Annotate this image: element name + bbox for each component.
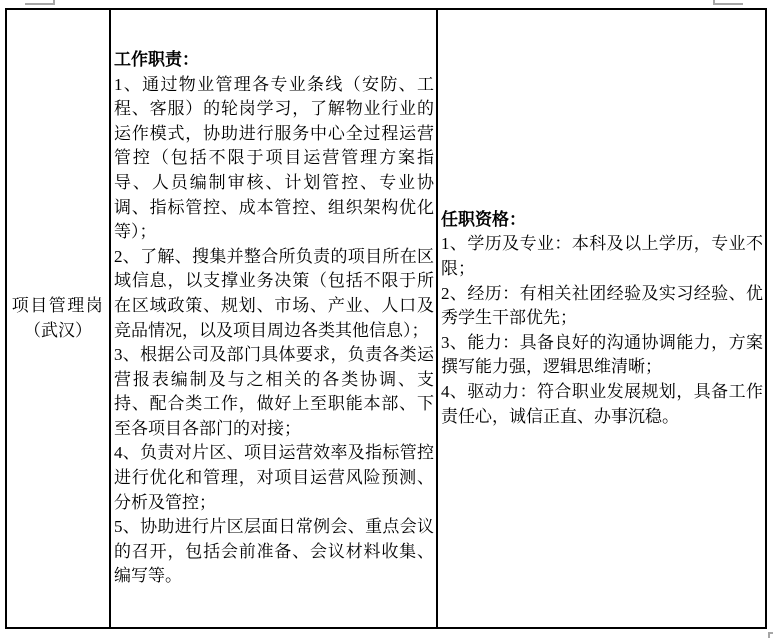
qualification-item: 4、驱动力：符合职业发展规划，具备工作责任心，诚信正直、办事沉稳。 xyxy=(441,380,763,429)
top-left-remnant-tick xyxy=(53,0,55,5)
qualification-item: 3、能力：具备良好的沟通协调能力，方案撰写能力强，逻辑思维清晰； xyxy=(441,331,763,380)
responsibilities-header: 工作职责： xyxy=(114,48,434,73)
position-cell: 项目管理岗 （武汉） xyxy=(7,10,111,627)
qualifications-header: 任职资格： xyxy=(441,208,763,233)
top-left-remnant-line xyxy=(25,3,55,5)
responsibility-item: 3、根据公司及部门具体要求，负责各类运营报表编制及与之相关的各类协调、支持、配合… xyxy=(114,343,434,441)
position-name: 项目管理岗 xyxy=(12,294,105,319)
qualifications-cell: 任职资格： 1、学历及专业：本科及以上学历，专业不限； 2、经历：有相关社团经验… xyxy=(438,10,765,627)
bottom-right-remnant-line xyxy=(768,632,773,634)
responsibilities-cell: 工作职责： 1、通过物业管理各专业条线（安防、工程、客服）的轮岗学习，了解物业行… xyxy=(111,10,438,627)
responsibility-item: 2、了解、搜集并整合所负责的项目所在区域信息，以支撑业务决策（包括不限于所在区域… xyxy=(114,245,434,343)
qualification-item: 2、经历：有相关社团经验及实习经验、优秀学生干部优先； xyxy=(441,282,763,331)
top-right-remnant-line xyxy=(713,3,743,5)
responsibility-item: 5、协助进行片区层面日常例会、重点会议的召开，包括会前准备、会议材料收集、编写等… xyxy=(114,515,434,589)
responsibility-item: 1、通过物业管理各专业条线（安防、工程、客服）的轮岗学习，了解物业行业的运作模式… xyxy=(114,73,434,245)
qualification-item: 1、学历及专业：本科及以上学历，专业不限； xyxy=(441,232,763,281)
job-description-table: 项目管理岗 （武汉） 工作职责： 1、通过物业管理各专业条线（安防、工程、客服）… xyxy=(5,8,767,629)
position-location: （武汉） xyxy=(24,319,92,344)
responsibility-item: 4、负责对片区、项目运营效率及指标管控进行优化和管理，对项目运营风险预测、分析及… xyxy=(114,441,434,515)
